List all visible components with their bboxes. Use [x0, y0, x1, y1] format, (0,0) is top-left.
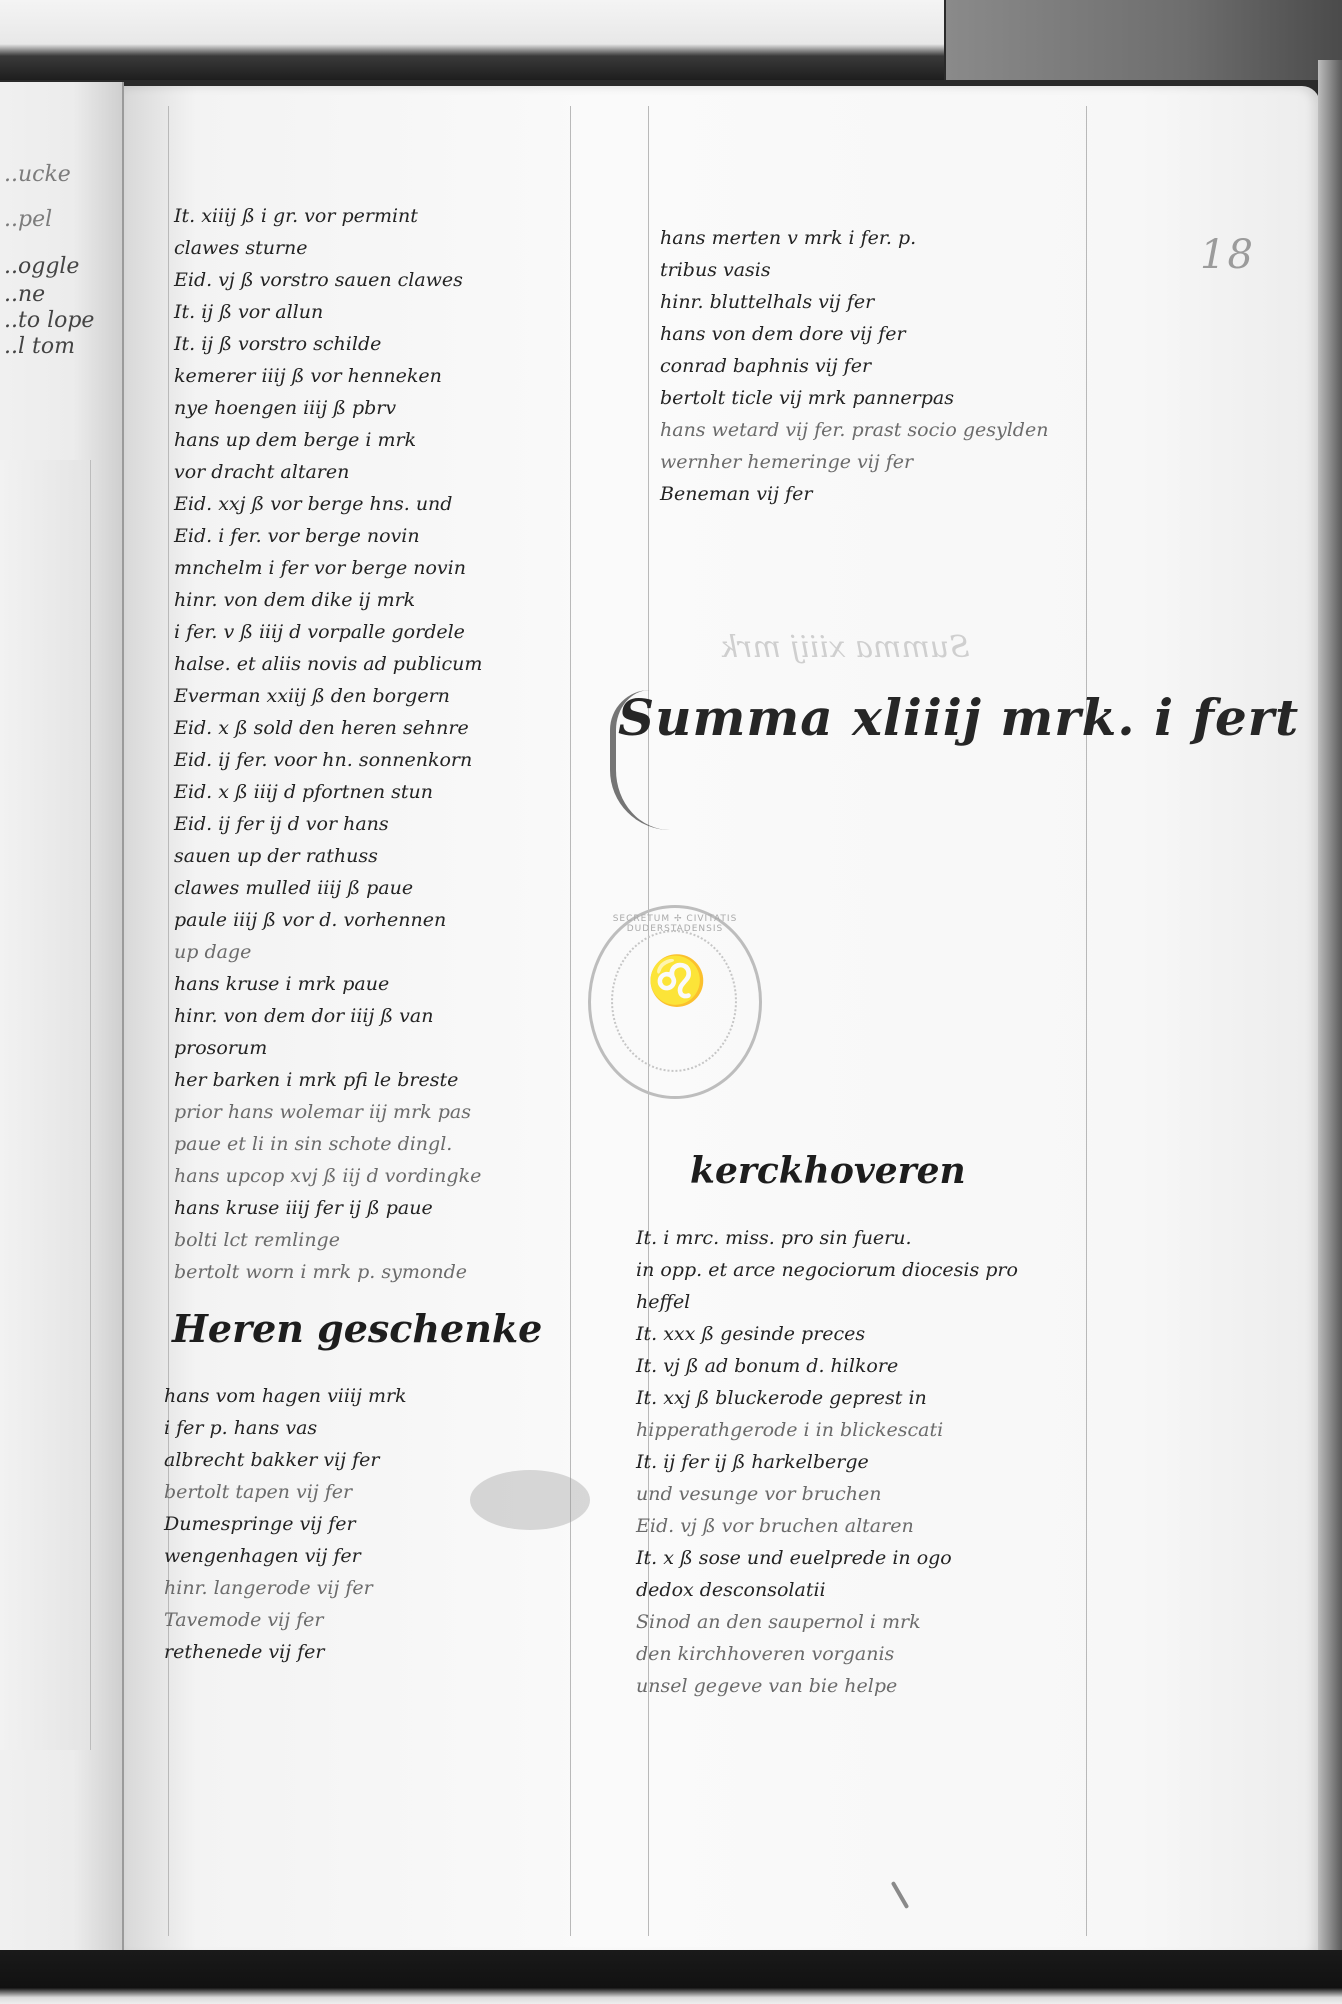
ruling-line: [570, 106, 571, 1936]
ledger-entry: vor dracht altaren: [174, 456, 482, 488]
ledger-entry: prior hans wolemar iij mrk pas: [174, 1096, 482, 1128]
facing-page-fold: [0, 460, 91, 1750]
ledger-entry: It. x ß sose und euelprede in ogo: [636, 1542, 1018, 1574]
ledger-entry: in opp. et arce negociorum diocesis pro: [636, 1254, 1018, 1286]
section-heading-heren-geschenke: Heren geschenke: [172, 1306, 542, 1351]
ledger-entry: paule iiij ß vor d. vorhennen: [174, 904, 482, 936]
ledger-entry: hipperathgerode i in blickescati: [636, 1414, 1018, 1446]
facing-page-fragment: ..oggle: [4, 254, 79, 279]
ledger-entry: Tavemode vij fer: [164, 1604, 407, 1636]
ledger-entry: It. i mrc. miss. pro sin fueru.: [636, 1222, 1018, 1254]
ledger-entry: Eid. i fer. vor berge novin: [174, 520, 482, 552]
ledger-entry: Eid. vj ß vorstro sauen clawes: [174, 264, 482, 296]
ledger-entry: hans merten v mrk i fer. p.: [660, 222, 1048, 254]
ledger-entry: dedox desconsolatii: [636, 1574, 1018, 1606]
ledger-entry: hans upcop xvj ß iij d vordingke: [174, 1160, 482, 1192]
ledger-entry: It. ij ß vor allun: [174, 296, 482, 328]
ledger-entry: paue et li in sin schote dingl.: [174, 1128, 482, 1160]
ledger-entry: Eid. vj ß vor bruchen altaren: [636, 1510, 1018, 1542]
ledger-entry: hans vom hagen viiij mrk: [164, 1380, 407, 1412]
ledger-entry: hans up dem berge i mrk: [174, 424, 482, 456]
ledger-entry: Eid. ij fer. voor hn. sonnenkorn: [174, 744, 482, 776]
ruling-line: [1086, 106, 1087, 1936]
ledger-entry: clawes sturne: [174, 232, 482, 264]
ledger-entry: bertolt worn i mrk p. symonde: [174, 1256, 482, 1288]
ink-stain: [470, 1470, 590, 1530]
ledger-entry: i fer. v ß iiij d vorpalle gordele: [174, 616, 482, 648]
ledger-entry: Eid. xxj ß vor berge hns. und: [174, 488, 482, 520]
heren-geschenke-entries: hans vom hagen viiij mrk i fer p. hans v…: [164, 1380, 407, 1668]
ledger-entry: rethenede vij fer: [164, 1636, 407, 1668]
ledger-entry: wernher hemeringe vij fer: [660, 446, 1048, 478]
ledger-entry: her barken i mrk pfi le breste: [174, 1064, 482, 1096]
facing-page-fragment: ..pel: [4, 207, 52, 232]
ledger-entry: kemerer iiij ß vor henneken: [174, 360, 482, 392]
ledger-entry: Eid. x ß sold den heren sehnre: [174, 712, 482, 744]
ledger-entry: It. vj ß ad bonum d. hilkore: [636, 1350, 1018, 1382]
ledger-entry: heffel: [636, 1286, 1018, 1318]
facing-page-fragment: ..l tom: [4, 334, 75, 359]
facing-page-fragment: ..ucke: [4, 162, 71, 187]
ledger-entry: tribus vasis: [660, 254, 1048, 286]
ledger-entry: It. xiiij ß i gr. vor permint: [174, 200, 482, 232]
ledger-entry: conrad baphnis vij fer: [660, 350, 1048, 382]
city-seal-stamp: ♌ SECRETUM ✢ CIVITATIS DUDERSTADENSIS: [588, 905, 762, 1099]
left-column-entries: It. xiiij ß i gr. vor permint clawes stu…: [174, 200, 482, 1288]
ledger-entry: hinr. bluttelhals vij fer: [660, 286, 1048, 318]
ledger-entry: hans von dem dore vij fer: [660, 318, 1048, 350]
ledger-entry: i fer p. hans vas: [164, 1412, 407, 1444]
ledger-entry: Eid. ij fer ij d vor hans: [174, 808, 482, 840]
ledger-entry: bertolt tapen vij fer: [164, 1476, 407, 1508]
ledger-entry: hans wetard vij fer. prast socio gesylde…: [660, 414, 1048, 446]
right-column-entries: hans merten v mrk i fer. p. tribus vasis…: [660, 222, 1048, 510]
ledger-entry: Eid. x ß iiij d pfortnen stun: [174, 776, 482, 808]
ledger-entry: hinr. langerode vij fer: [164, 1572, 407, 1604]
ledger-entry: hans kruse iiij fer ij ß paue: [174, 1192, 482, 1224]
ledger-entry: albrecht bakker vij fer: [164, 1444, 407, 1476]
ledger-entry: nye hoengen iiij ß pbrv: [174, 392, 482, 424]
ledger-entry: Everman xxiij ß den borgern: [174, 680, 482, 712]
ledger-entry: hinr. von dem dike ij mrk: [174, 584, 482, 616]
ledger-entry: und vesunge vor bruchen: [636, 1478, 1018, 1510]
ledger-entry: It. xxx ß gesinde preces: [636, 1318, 1018, 1350]
ledger-entry: sauen up der rathuss: [174, 840, 482, 872]
facing-page-fragment: ..ne: [4, 282, 45, 307]
ledger-entry: halse. et aliis novis ad publicum: [174, 648, 482, 680]
book-cover-board: [944, 0, 1342, 80]
ledger-entry: It. xxj ß bluckerode geprest in: [636, 1382, 1018, 1414]
ledger-entry: hinr. von dem dor iiij ß van: [174, 1000, 482, 1032]
seal-legend: SECRETUM ✢ CIVITATIS DUDERSTADENSIS: [591, 914, 759, 934]
ledger-entry: wengenhagen vij fer: [164, 1540, 407, 1572]
ledger-entry: It. ij fer ij ß harkelberge: [636, 1446, 1018, 1478]
ledger-entry: prosorum: [174, 1032, 482, 1064]
section-heading-kerckhoveren: kerckhoveren: [690, 1150, 966, 1192]
ledger-entry: bolti lct remlinge: [174, 1224, 482, 1256]
folio-number: 18: [1200, 232, 1255, 278]
kerckhoveren-entries: It. i mrc. miss. pro sin fueru. in opp. …: [636, 1222, 1018, 1702]
ledger-entry: mnchelm i fer vor berge novin: [174, 552, 482, 584]
ledger-entry: bertolt ticle vij mrk pannerpas: [660, 382, 1048, 414]
ledger-entry: Beneman vij fer: [660, 478, 1048, 510]
ledger-entry: clawes mulled iiij ß paue: [174, 872, 482, 904]
ledger-entry: It. ij ß vorstro schilde: [174, 328, 482, 360]
ledger-entry: Dumespringe vij fer: [164, 1508, 407, 1540]
ledger-entry: up dage: [174, 936, 482, 968]
lion-icon: ♌: [647, 952, 707, 1009]
ledger-entry: hans kruse i mrk paue: [174, 968, 482, 1000]
book-bottom-edge: [0, 1950, 1342, 2004]
page-stack-edge: [1318, 60, 1342, 1960]
offset-ink-ghost: Summa xiiij mrk: [720, 630, 970, 665]
ledger-entry: Sinod an den saupernol i mrk: [636, 1606, 1018, 1638]
summa-total: Summa xliiij mrk. i fert: [618, 688, 1299, 747]
facing-page-fragment: ..to lope: [4, 308, 94, 333]
ledger-entry: den kirchhoveren vorganis: [636, 1638, 1018, 1670]
ledger-entry: unsel gegeve van bie helpe: [636, 1670, 1018, 1702]
